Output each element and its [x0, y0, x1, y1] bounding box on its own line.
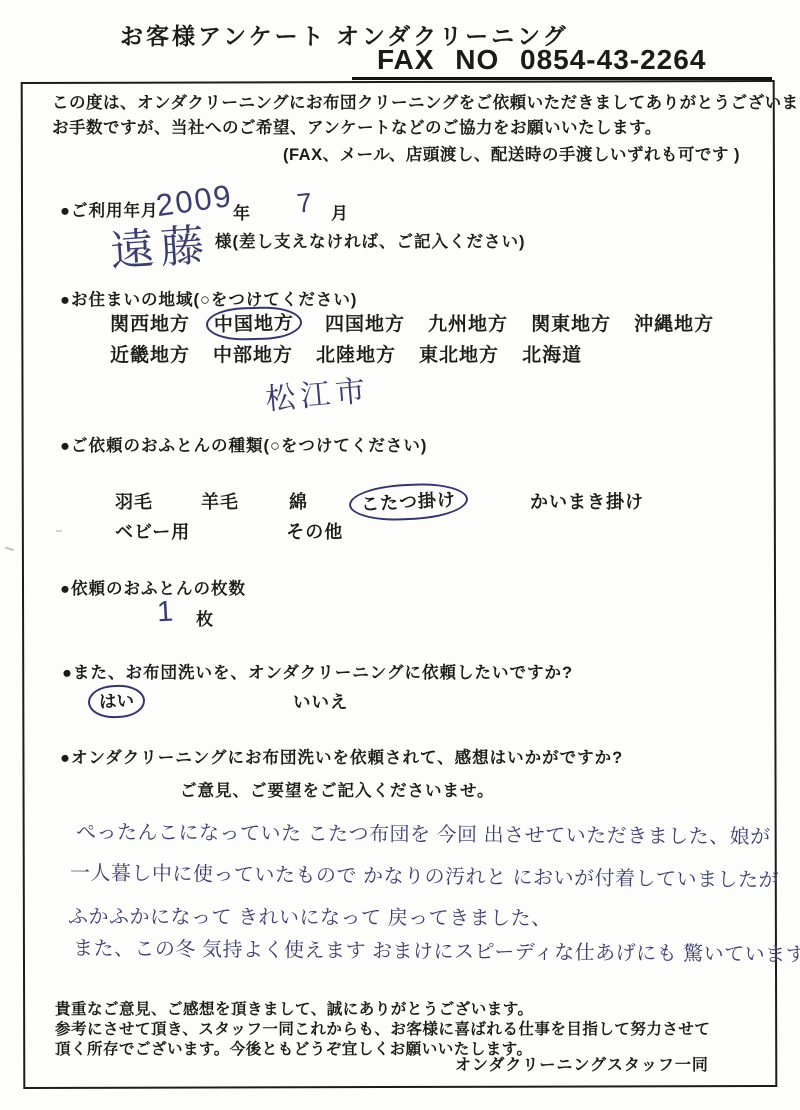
scan-artifact	[56, 530, 62, 532]
fax-number: FAX NO 0854-43-2264	[377, 44, 706, 76]
region-row-1: 関西地方中国地方四国地方九州地方関東地方沖縄地方	[110, 309, 737, 336]
comment-line: ふかふかになって きれいになって 戻ってきました、	[68, 900, 552, 931]
footer-line-1: 貴重なご意見、ご感想を頂きまして、誠にありがとうございます。	[55, 997, 533, 1019]
futon-option: その他	[286, 522, 343, 542]
region-option: 北海道	[522, 345, 582, 366]
futon-option: 羊毛	[201, 492, 239, 512]
futon-option: 綿	[289, 492, 308, 512]
futon-option: かいまき掛け	[530, 492, 644, 512]
futon-type-row-2: ベビー用その他	[115, 518, 343, 544]
intro-line-1: この度は、オンダクリーニングにお布団クリーニングをご依頼いただきましてありがとう…	[52, 89, 800, 113]
comment-line: ぺったんこになっていた こたつ布団を 今回 出させていただきました、娘が	[76, 816, 771, 850]
scanned-survey-page: お客様アンケート オンダクリーニング FAX NO 0854-43-2264 こ…	[0, 0, 800, 1110]
intro-line-3: (FAX、メール、店頭渡し、配送時の手渡しいずれも可です )	[283, 141, 740, 165]
repeat-question-label: ●また、お布団洗いを、オンダクリーニングに依頼したいですか?	[62, 659, 573, 683]
region-row-2: 近畿地方中部地方北陸地方東北地方北海道	[110, 340, 605, 367]
region-option: 東北地方	[419, 345, 499, 366]
region-label: ●お住まいの地域(○をつけてください)	[60, 286, 357, 310]
region-option: 九州地方	[428, 314, 508, 335]
count-unit: 枚	[196, 605, 213, 630]
futon-option: ベビー用	[115, 522, 190, 542]
region-option-selected: 中国地方	[206, 306, 303, 342]
futon-type-label: ●ご依頼のおふとんの種類(○をつけてください)	[60, 432, 427, 456]
futon-type-row-1: 羽毛羊毛綿こたつ掛けかいまき掛け	[115, 488, 644, 514]
region-option: 関西地方	[110, 314, 190, 335]
feedback-sublabel: ご意見、ご要望をご記入くださいませ。	[180, 777, 495, 801]
customer-name-value: 遠藤	[108, 209, 212, 280]
footer-line-2: 参考にさせて頂き、スタッフ一同これからも、お客様に喜ばれる仕事を目指して努力させ…	[55, 1017, 710, 1039]
intro-line-2: お手数ですが、当社へのご希望、アンケートなどのご協力をお願いいたします。	[52, 114, 662, 138]
region-option: 四国地方	[325, 314, 405, 335]
region-option: 中部地方	[213, 345, 293, 366]
repeat-option-yes: はい	[97, 689, 136, 713]
usage-month-unit: 月	[331, 199, 348, 224]
futon-option: 羽毛	[115, 492, 153, 512]
region-option: 関東地方	[531, 314, 611, 335]
staff-signature: オンダクリーニングスタッフ一同	[455, 1052, 709, 1075]
usage-year-unit: 年	[233, 199, 250, 224]
usage-month-value: 7	[295, 187, 313, 219]
scan-artifact	[5, 540, 16, 551]
customer-name-note: 様(差し支えなければ、ご記入ください)	[215, 228, 526, 252]
city-value: 松江市	[263, 366, 371, 419]
region-option: 近畿地方	[110, 345, 190, 366]
count-label: ●依頼のおふとんの枚数	[60, 575, 246, 599]
region-option: 北陸地方	[316, 345, 396, 366]
feedback-question-label: ●オンダクリーニングにお布団洗いを依頼されて、感想はいかがですか?	[60, 744, 623, 768]
region-option: 沖縄地方	[634, 314, 714, 335]
repeat-option-no: いいえ	[293, 689, 349, 714]
count-value: 1	[156, 596, 174, 630]
